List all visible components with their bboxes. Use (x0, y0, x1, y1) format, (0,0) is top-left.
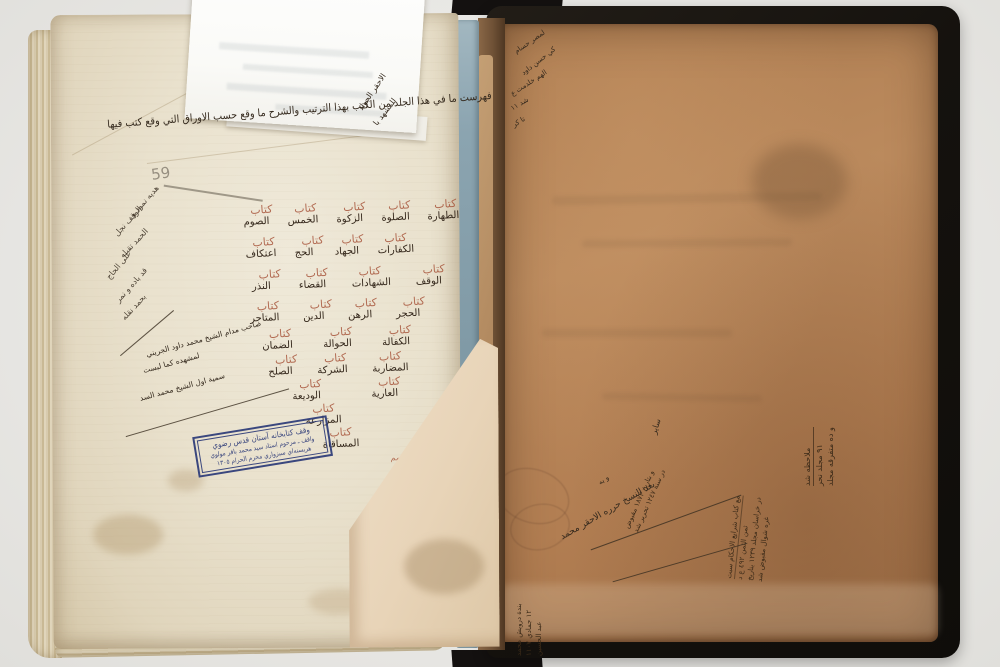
toc-row: كتابالمساقاة (322, 426, 387, 451)
gift-note-line: صاحب مدام الشيخ محمد داود الجريني (145, 319, 262, 359)
toc-entry: كتابالصلح (268, 355, 293, 379)
toc-book-label: الصلح (268, 365, 293, 379)
toc-entry: كتابالكفالة (382, 325, 411, 349)
toc-row: كتابالضمان كتابالحوالة كتابالكفالة (262, 325, 411, 353)
toc-entry: كتابالوديعة (292, 379, 321, 403)
toc-book-label: الطهارة (427, 209, 459, 224)
toc-entry: كتابالطهارة (427, 199, 459, 223)
cover-pastedown: لمصر حسام كي حسن داود الهم خلدمت ع شد ١١… (502, 24, 938, 642)
toc-entry: كتابالمضاربة (371, 351, 408, 375)
toc-entry: كتابالنذر (251, 270, 274, 294)
review-note: ملاحظه شد ٩١ مجلد نحر و ده متفرقه مجلد (802, 427, 836, 486)
toc-book-label: العارية (371, 387, 398, 401)
toc-row: كتاباعتكاف كتابالحج كتابالجهاد كتابالكفا… (245, 233, 414, 261)
ink-offset-smudge (542, 329, 732, 337)
toc-book-label: الدين (302, 310, 324, 324)
toc-entry: كتابالشهادات (351, 266, 391, 290)
toc-entry: كتابالدين (302, 300, 325, 324)
toc-book-label: الكفارات (377, 243, 414, 258)
light-dust-band (502, 584, 938, 636)
pencil-foliation-number: 59 (150, 163, 171, 184)
toc-book-label: الجهاد (334, 244, 359, 258)
toc-row: كتابالصوم كتابالخمس كتابالزكوة كتابالصلو… (243, 199, 460, 229)
slip-ghost-text (243, 64, 373, 78)
owner-note-fragment: لمصر حسام (513, 29, 547, 56)
toc-book-label: اعتكاف (245, 247, 276, 261)
toc-book-label: الخمس (287, 213, 318, 227)
ink-offset-smudge (582, 238, 792, 248)
toc-entry: كتابالجهاد (334, 235, 359, 259)
pencil-flourish (164, 185, 263, 202)
toc-entry: كتابالحج (294, 236, 317, 260)
side-word-note: ساير (649, 418, 662, 436)
toc-book-label: المضاربة (372, 361, 409, 376)
manuscript-photo: لمصر حسام كي حسن داود الهم خلدمت ع شد ١١… (0, 0, 1000, 667)
waqf-stamp-inner-border: وقف كتابخانه آستان قدس رضوي واقف ـ مرحوم… (197, 420, 329, 473)
toc-entry: كتابالمتاجر (250, 301, 280, 325)
toc-book-label: الحج (294, 246, 313, 260)
toc-entry: كتابالصوم (243, 205, 270, 229)
toc-book-label: القضاء (299, 278, 327, 292)
toc-book-label: الوقف (415, 274, 442, 288)
bottom-owner-note: بندة درويش محمد ١٢ جمادي ١١٠٧ عبد الحسين (514, 603, 544, 656)
toc-row: كتابالمتاجر كتابالدين كتابالرهن كتابالحج… (250, 297, 421, 325)
toc-book-label: الضمان (262, 339, 293, 353)
fold-stain (404, 539, 484, 594)
flyleaf-page: فهرست ما في هذا الجلد من الكتب بهذا التر… (50, 13, 461, 649)
signature-small-note: و به (597, 473, 611, 486)
toc-book-label: المتاجر (250, 311, 280, 325)
gift-note-line: سمية اول الشيخ محمد السد (139, 371, 226, 403)
ink-offset-smudge (602, 393, 762, 403)
toc-row: كتابالوديعة كتابالعارية (292, 377, 399, 403)
toc-book-label: الصوم (243, 215, 269, 229)
toc-entry: كتابالضمان (262, 329, 293, 353)
owner-note-fragment: شد ١١ (509, 96, 530, 113)
toc-book-label: الشركة (317, 363, 348, 377)
purchase-note: مع كتاب شرايع الاحكام سبت ثمن الثمن ٤٩٢ … (724, 494, 774, 582)
toc-book-label: الشهادات (351, 276, 391, 291)
book-cover-black-leather: لمصر حسام كي حسن داود الهم خلدمت ع شد ١١… (486, 6, 960, 658)
toc-book-label: الحجر (395, 307, 420, 321)
toc-row: كتابالنذر كتابالقضاء كتابالشهادات كتابال… (251, 265, 442, 294)
review-note-line: ٩١ مجلد نحر (814, 427, 825, 486)
toc-book-label: الصلوة (381, 210, 410, 224)
repair-seam (147, 135, 365, 164)
toc-book-label: الوديعة (292, 389, 321, 403)
toc-entry: كتابالزكوة (336, 202, 363, 226)
toc-book-label: النذر (252, 280, 272, 294)
bottom-owner-note-line: بندة درويش محمد (514, 603, 524, 656)
owner-note-fragment: تا كر (511, 115, 527, 129)
bottom-owner-note-line: ١٢ جمادي ١١٠٧ (524, 603, 534, 656)
toc-entry: كتابالقضاء (299, 268, 327, 292)
toc-book-label: الرهن (348, 308, 373, 322)
toc-entry: كتاباعتكاف (245, 237, 276, 261)
toc-entry: كتابالحوالة (323, 327, 352, 351)
dark-stain (752, 144, 847, 219)
toc-entry: كتابالخمس (287, 204, 319, 228)
toc-entry: كتابالحجر (395, 297, 420, 321)
toc-entry: كتابالرهن (348, 298, 373, 322)
toc-entry: كتابالكفارات (377, 233, 414, 257)
toc-book-label: الكفالة (382, 335, 410, 349)
toc-book-label: الزكوة (336, 212, 363, 226)
paper-stain (93, 514, 163, 554)
toc-book-label: الحوالة (323, 337, 352, 351)
waqf-library-stamp: وقف كتابخانه آستان قدس رضوي واقف ـ مرحوم… (192, 415, 333, 477)
bottom-owner-note-line: عبد الحسين (534, 603, 544, 656)
toc-entry: كتابالشركة (317, 353, 348, 377)
toc-entry: كتابالصلوة (381, 201, 410, 225)
review-note-line: ملاحظه شد (802, 427, 814, 486)
toc-entry: كتابالوقف (415, 265, 442, 289)
slip-ghost-text (219, 42, 369, 59)
toc-entry: كتابالعارية (371, 377, 398, 401)
review-note-line: و ده متفرقه مجلد (825, 427, 836, 486)
